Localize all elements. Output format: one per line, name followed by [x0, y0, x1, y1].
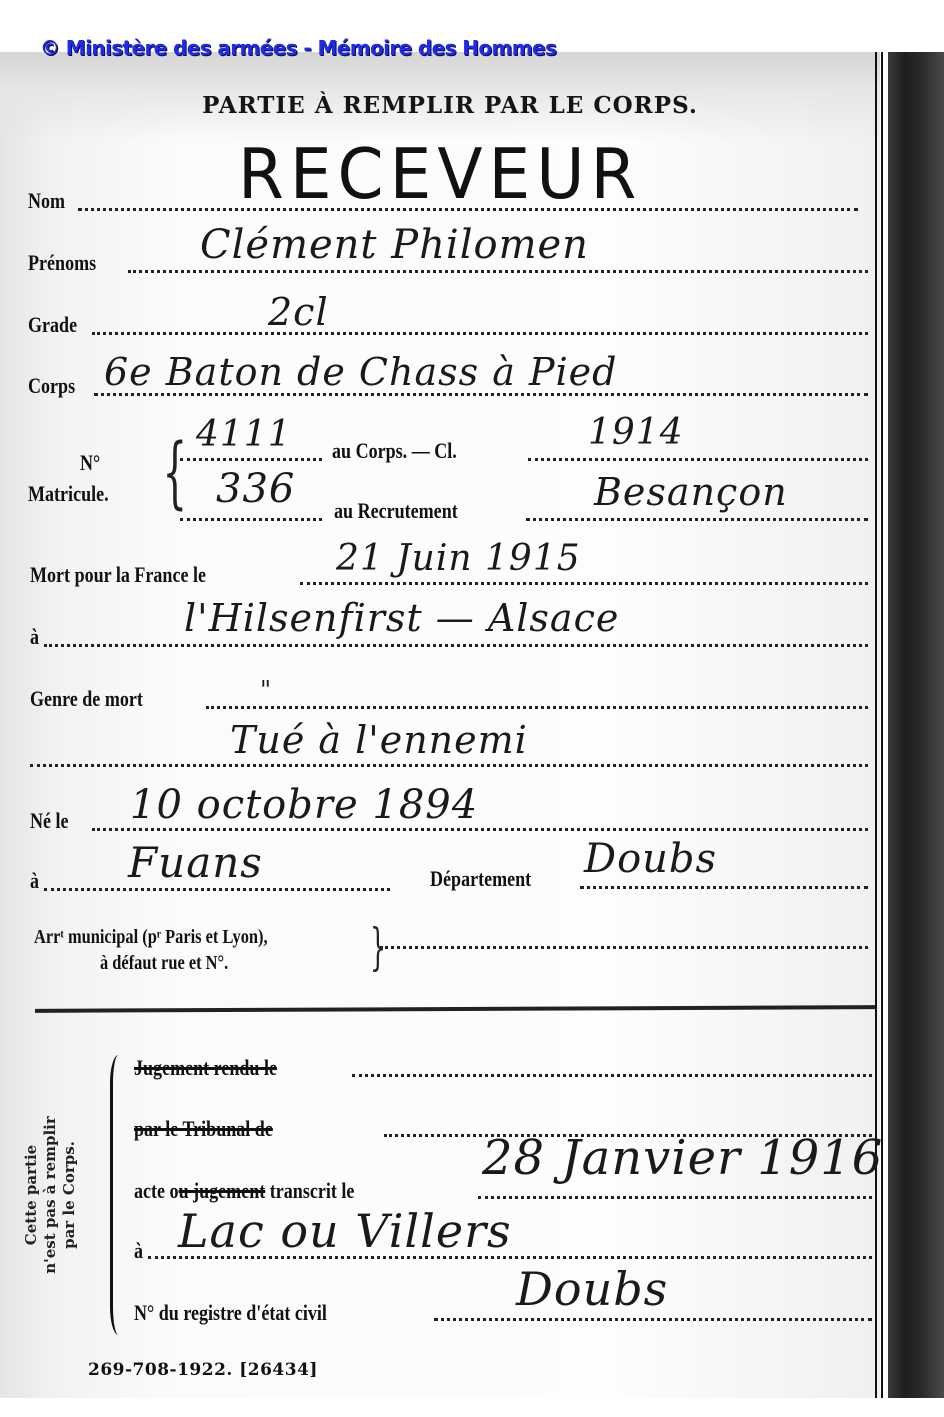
value-lieu-deces: l'Hilsenfirst — Alsace	[184, 596, 619, 640]
copyright-watermark: © Ministère des armées - Mémoire des Hom…	[40, 36, 556, 60]
label-jugement-rendu: Jugement rendu le	[134, 1055, 277, 1081]
value-classe: 1914	[588, 412, 684, 453]
side-note-line: n'est pas à remplir	[41, 1080, 60, 1310]
label-mort-pour-la-france: Mort pour la France le	[30, 562, 206, 588]
field-line-lieu-naissance	[44, 888, 390, 891]
text-acte: acte o	[134, 1178, 179, 1203]
value-naissance: 10 octobre 1894	[130, 782, 478, 828]
value-recrutement: Besançon	[594, 470, 788, 514]
label-nom: Nom	[28, 188, 65, 214]
label-genre-de-mort: Genre de mort	[30, 686, 143, 712]
label-au-recrutement: au Recrutement	[334, 498, 458, 524]
label-defaut-rue: à défaut rue et N°.	[100, 952, 228, 975]
field-line-prenoms	[128, 270, 868, 273]
label-au-corps: au Corps. — Cl.	[332, 438, 457, 464]
label-acte-transcrit: acte ou jugement transcrit le	[134, 1178, 354, 1204]
value-nom: RECEVEUR	[238, 134, 642, 215]
label-departement: Département	[430, 866, 531, 892]
value-transcription-lieu: Lac ou Villers	[178, 1204, 512, 1258]
value-prenoms: Clément Philomen	[200, 222, 589, 268]
border-rule	[881, 52, 883, 1398]
label-prenoms: Prénoms	[28, 250, 96, 276]
side-note: Cette partie n'est pas à remplir par le …	[22, 1080, 102, 1310]
label-par-le-tribunal: par le Tribunal de	[134, 1116, 273, 1142]
field-line-genre-de-mort-2	[30, 764, 868, 767]
field-line-registre	[434, 1318, 872, 1321]
brace	[110, 1055, 127, 1335]
label-ne-le: Né le	[30, 808, 69, 834]
value-matricule-recrutement: 336	[216, 466, 295, 512]
value-genre-mort: Tué à l'ennemi	[230, 718, 528, 762]
field-line-grade	[92, 332, 868, 335]
binding-edge	[888, 52, 944, 1398]
text-transcrit-le: transcrit le	[265, 1178, 354, 1203]
value-date-deces: 21 Juin 1915	[336, 538, 581, 579]
brace: {	[162, 428, 187, 518]
label-lieu-deces: à	[30, 624, 39, 650]
label-numero: N°	[80, 450, 100, 476]
label-lieu-naissance: à	[30, 868, 39, 894]
label-matricule: Matricule.	[28, 481, 109, 507]
print-reference: 269-708-1922. [26434]	[88, 1360, 318, 1380]
label-grade: Grade	[28, 312, 77, 338]
field-line-matricule-corps	[180, 458, 322, 461]
value-lieu-naissance: Fuans	[128, 838, 263, 887]
value-transcription-departement: Doubs	[516, 1262, 668, 1316]
field-line-recrutement	[526, 518, 868, 521]
label-arr-municipal: Arrᵗ municipal (pʳ Paris et Lyon),	[34, 926, 268, 949]
value-genre-mort-mark: "	[260, 676, 272, 704]
value-departement: Doubs	[584, 836, 717, 882]
field-line-matricule-recrutement	[180, 518, 322, 521]
form-heading: PARTIE À REMPLIR PAR LE CORPS.	[0, 92, 900, 119]
field-line-lieu-deces	[44, 644, 868, 647]
side-note-line: Cette partie	[22, 1080, 41, 1310]
field-line-departement	[580, 886, 868, 889]
label-transcription-lieu: à	[134, 1238, 143, 1264]
text-jugement-struck: u jugement	[179, 1178, 266, 1203]
field-line-naissance	[92, 828, 868, 831]
field-line-date-deces	[300, 582, 868, 585]
field-line-classe	[528, 458, 868, 461]
label-corps: Corps	[28, 373, 75, 399]
field-line-arr-municipal	[380, 946, 868, 949]
side-note-line: par le Corps.	[60, 1080, 79, 1310]
field-line-jugement	[352, 1074, 872, 1077]
border-rule	[875, 52, 877, 1398]
value-matricule-corps: 4111	[196, 414, 292, 455]
value-corps: 6e Baton de Chass à Pied	[104, 350, 617, 394]
field-line-transcrit-le	[478, 1196, 872, 1199]
label-registre: N° du registre d'état civil	[134, 1300, 327, 1326]
value-grade: 2cl	[268, 290, 329, 334]
value-transcrit-le: 28 Janvier 1916	[482, 1130, 883, 1186]
field-line-genre-de-mort	[206, 706, 868, 709]
